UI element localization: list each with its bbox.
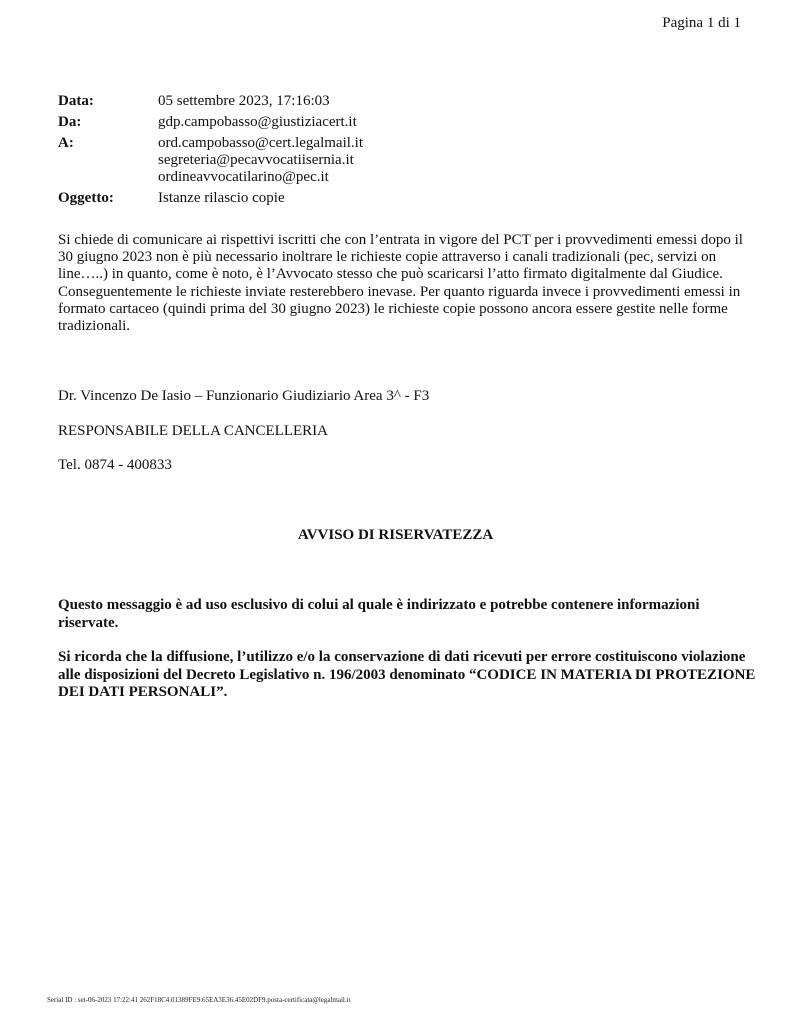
email-header: Data: 05 settembre 2023, 17:16:03 Da: gd…	[58, 93, 363, 211]
subject-label: Oggetto:	[58, 190, 158, 207]
header-row-subject: Oggetto: Istanze rilascio copie	[58, 190, 363, 207]
to-recipients: ord.campobasso@cert.legalmail.it segrete…	[158, 135, 363, 186]
to-recipient: segreteria@pecavvocatiisernia.it	[158, 152, 363, 169]
header-row-date: Data: 05 settembre 2023, 17:16:03	[58, 93, 363, 110]
confidentiality-notice-title: AVVISO DI RISERVATEZZA	[0, 527, 791, 544]
serial-id: Serial ID : set-06-2023 17:22:41 262F18C…	[47, 996, 351, 1004]
header-row-from: Da: gdp.campobasso@giustiziacert.it	[58, 114, 363, 131]
confidentiality-paragraph-2: Si ricorda che la diffusione, l’utilizzo…	[58, 649, 758, 702]
date-label: Data:	[58, 93, 158, 110]
signature-phone: Tel. 0874 - 400833	[58, 457, 172, 474]
signature-name: Dr. Vincenzo De Iasio – Funzionario Giud…	[58, 388, 429, 405]
to-label: A:	[58, 135, 158, 186]
confidentiality-paragraph-1: Questo messaggio è ad uso esclusivo di c…	[58, 597, 758, 632]
from-label: Da:	[58, 114, 158, 131]
header-row-to: A: ord.campobasso@cert.legalmail.it segr…	[58, 135, 363, 186]
message-body: Si chiede di comunicare ai rispettivi is…	[58, 232, 758, 335]
to-recipient: ordineavvocatilarino@pec.it	[158, 169, 363, 186]
date-value: 05 settembre 2023, 17:16:03	[158, 93, 330, 110]
signature-role: RESPONSABILE DELLA CANCELLERIA	[58, 423, 328, 440]
from-value: gdp.campobasso@giustiziacert.it	[158, 114, 357, 131]
to-recipient: ord.campobasso@cert.legalmail.it	[158, 135, 363, 152]
page-number: Pagina 1 di 1	[662, 15, 741, 32]
subject-value: Istanze rilascio copie	[158, 190, 285, 207]
